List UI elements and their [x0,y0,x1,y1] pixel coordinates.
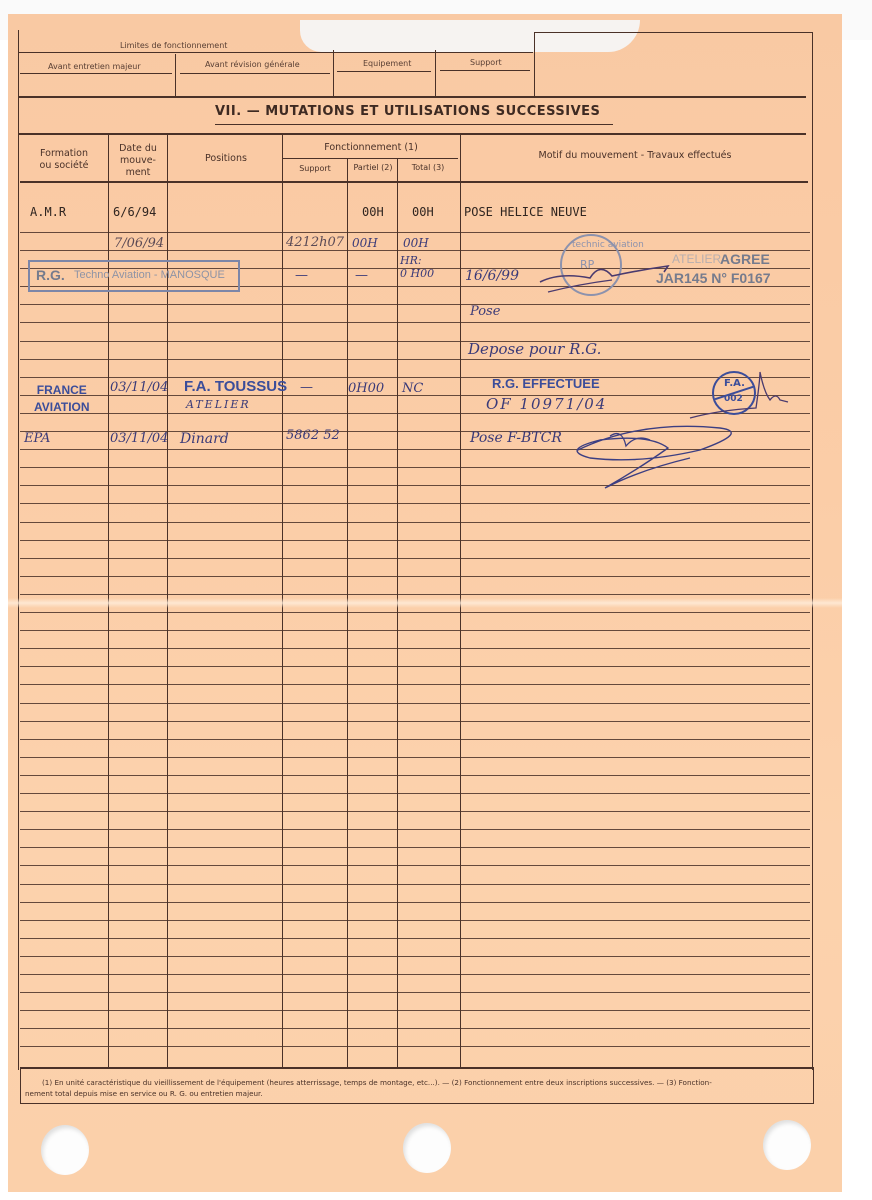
signature-1999 [540,266,668,282]
paper-fold-crease [8,598,842,608]
signature-fa [690,372,788,418]
footnote-line-2: nement total depuis mise en service ou R… [25,1088,263,1099]
binder-hole-right [763,1120,811,1170]
footnote-line-1: (1) En unité caractéristique du vieillis… [42,1077,712,1088]
signature-epa [577,426,731,488]
binder-hole-center [403,1123,451,1173]
binder-hole-left [41,1125,89,1175]
